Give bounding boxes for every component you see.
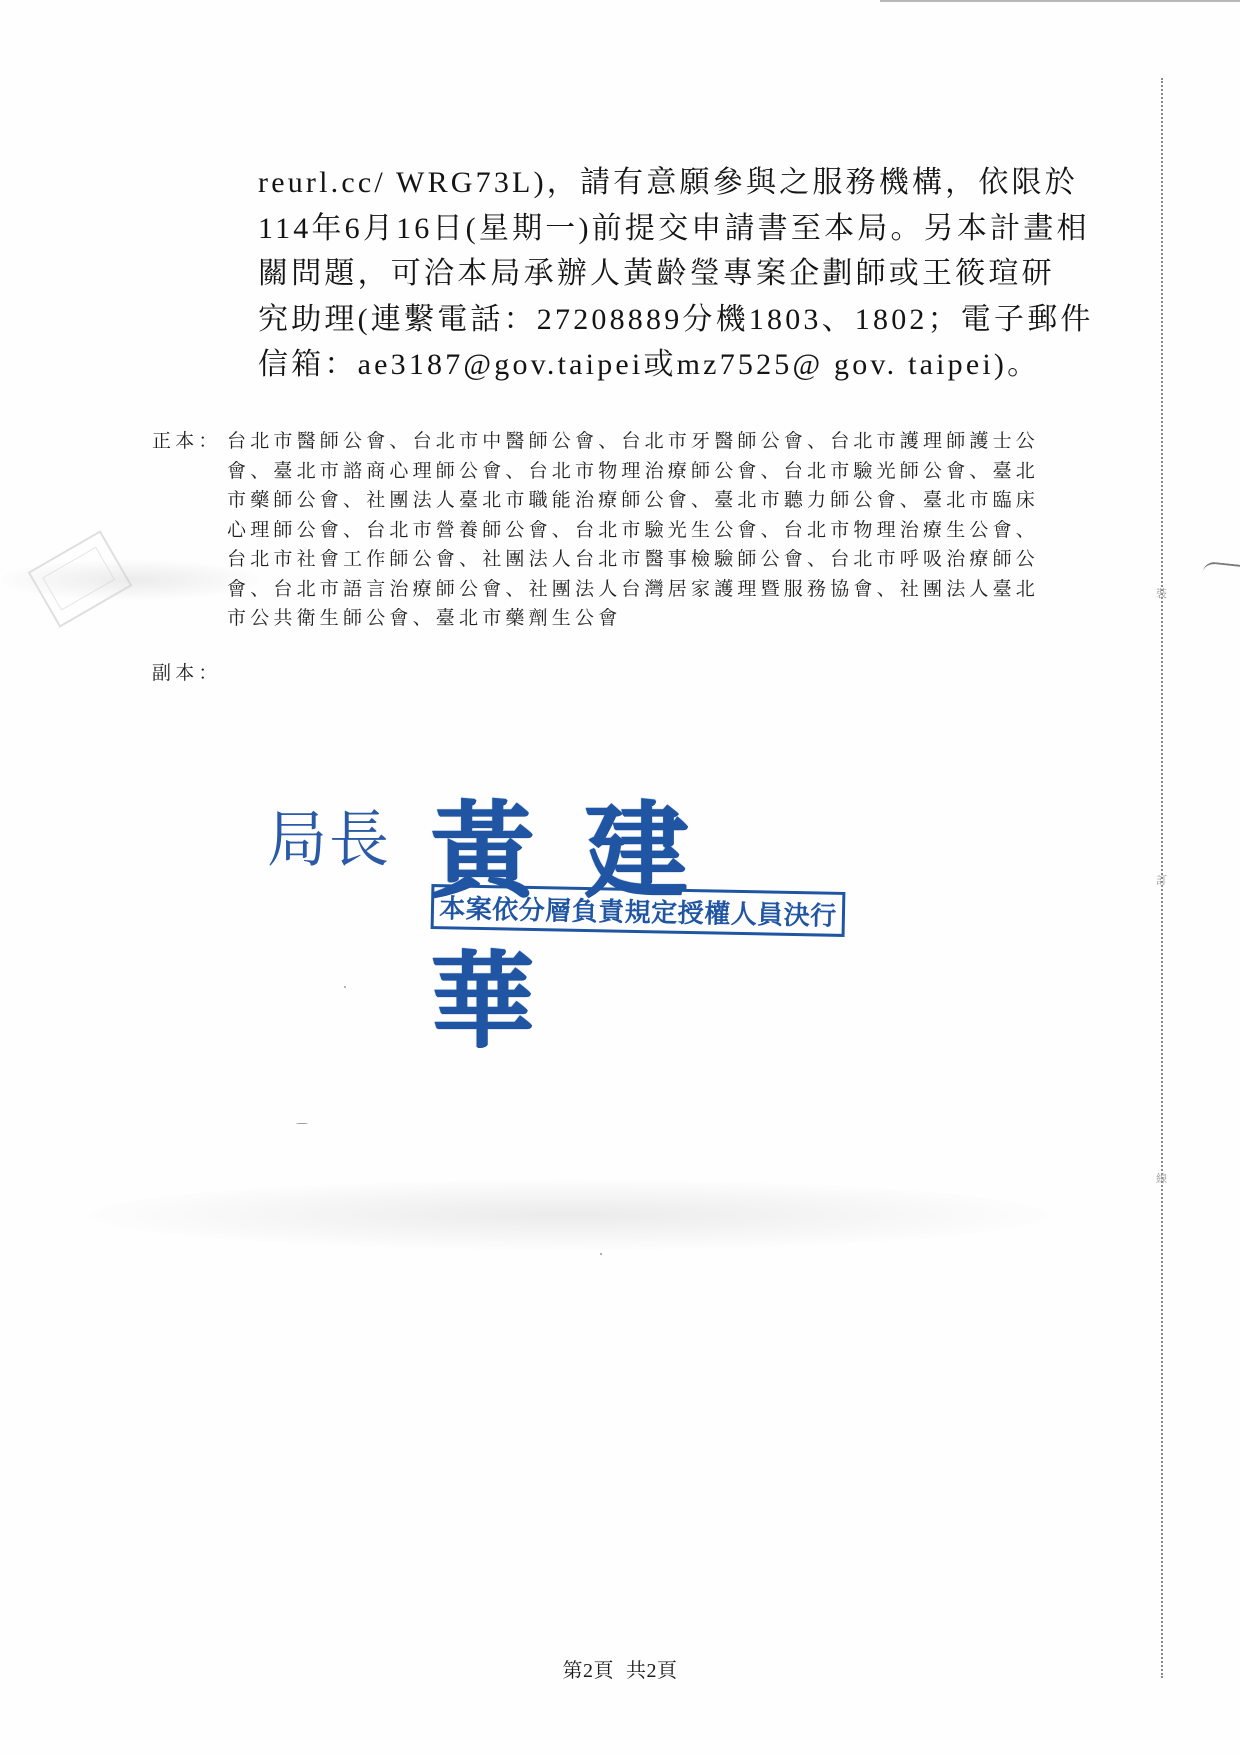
body-line: reurl.cc/ WRG73L)，請有意願參與之服務機構，依限於 xyxy=(258,160,1118,206)
scan-smudge xyxy=(90,1180,1050,1250)
signer-title: 局長 xyxy=(267,791,391,879)
delegated-authority-text: 本案依分層負責規定授權人員決行 xyxy=(439,888,837,933)
recipients-line: 台北市社會工作師公會、社團法人台北市醫事檢驗師公會、台北市呼吸治療師公 xyxy=(227,545,1240,575)
body-line: 關問題，可洽本局承辦人黃齡瑩專案企劃師或王筱瑄研 xyxy=(258,251,1118,297)
delegated-authority-box: 本案依分層負責規定授權人員決行 xyxy=(431,884,846,937)
scan-speck xyxy=(296,1123,308,1124)
scan-speck xyxy=(344,986,346,988)
body-line: 究助理(連繫電話：27208889分機1803、1802；電子郵件 xyxy=(258,297,1118,343)
scan-smudge xyxy=(0,560,260,600)
primary-recipients-list: 台北市醫師公會、台北市中醫師公會、台北市牙醫師公會、台北市護理師護士公 會、臺北… xyxy=(227,427,1240,634)
recipients-line: 市公共衛生師公會、臺北市藥劑生公會 xyxy=(227,604,1240,634)
document-page: 裝 訂 線 reurl.cc/ WRG73L)，請有意願參與之服務機構，依限於 … xyxy=(0,0,1240,1755)
body-line: 信箱：ae3187@gov.taipei或mz7525@ gov. taipei… xyxy=(258,342,1118,388)
cc-label: 副本： xyxy=(152,662,222,684)
primary-recipients-label: 正本： xyxy=(152,427,222,457)
recipients-line: 市藥師公會、社團法人臺北市職能治療師公會、臺北市聽力師公會、臺北市臨床 xyxy=(227,486,1240,516)
page-footer: 第2頁共2頁 xyxy=(0,1654,1240,1683)
recipients-line: 台北市醫師公會、台北市中醫師公會、台北市牙醫師公會、台北市護理師護士公 xyxy=(227,427,1240,457)
page-number-current: 第2頁 xyxy=(563,1660,615,1682)
body-line: 114年6月16日(星期一)前提交申請書至本局。另本計畫相 xyxy=(258,206,1118,252)
recipients-line: 會、台北市語言治療師公會、社團法人台灣居家護理暨服務協會、社團法人臺北 xyxy=(227,575,1240,605)
distribution-cc: 副本： xyxy=(152,658,222,685)
signature-stamp: 局長 黃建華 本案依分層負責規定授權人員決行 xyxy=(265,775,865,955)
scan-edge-artifact xyxy=(880,0,1240,2)
body-paragraph: reurl.cc/ WRG73L)，請有意願參與之服務機構，依限於 114年6月… xyxy=(258,160,1118,388)
scan-speck xyxy=(600,1253,602,1255)
recipients-line: 會、臺北市諮商心理師公會、台北市物理治療師公會、台北市驗光師公會、臺北 xyxy=(227,457,1240,487)
binding-mark-middle: 訂 xyxy=(1156,872,1167,888)
page-number-total: 共2頁 xyxy=(626,1660,678,1682)
binding-mark-bottom: 線 xyxy=(1156,1170,1167,1186)
recipients-line: 心理師公會、台北市營養師公會、台北市驗光生公會、台北市物理治療生公會、 xyxy=(227,516,1240,546)
